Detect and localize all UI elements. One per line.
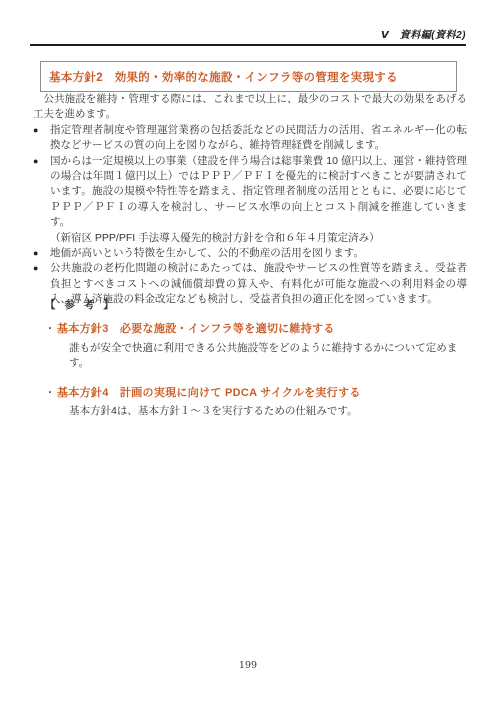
bullet-text: 指定管理者制度や管理運営業務の包括委託などの民間活力の活用、省エネルギー化の転換…	[50, 124, 467, 151]
reference-label: 【 参 考 】	[45, 298, 467, 313]
reference-description: 基本方針4は、基本方針１～３を実行するための仕組みです。	[69, 404, 467, 419]
reference-title: 基本方針3 必要な施設・インフラ等を適切に維持する	[57, 322, 335, 337]
bullet-icon: ●	[33, 123, 50, 154]
section-title-box: 基本方針2 効果的・効率的な施設・インフラ等の管理を実現する	[40, 61, 457, 92]
section-body: 公共施設を維持・管理する際には、これまで以上に、最少のコストで最大の効果をあげる…	[33, 92, 467, 308]
bullet-item: ● 地価が高いという特徴を生かして、公的不動産の活用を図ります。	[33, 246, 467, 261]
reference-bullet-icon: ・	[45, 386, 57, 401]
bullet-item: ● 指定管理者制度や管理運営業務の包括委託などの民間活力の活用、省エネルギー化の…	[33, 123, 467, 154]
bullet-text: 国からは一定規模以上の事業（建設を伴う場合は総事業費 10 億円以上、運営・維持…	[50, 155, 467, 229]
reference-title: 基本方針4 計画の実現に向けて PDCA サイクルを実行する	[57, 386, 361, 401]
bullet-item: ● 国からは一定規模以上の事業（建設を伴う場合は総事業費 10 億円以上、運営・…	[33, 154, 467, 246]
page-number: 199	[0, 660, 496, 671]
reference-item: ・ 基本方針4 計画の実現に向けて PDCA サイクルを実行する 基本方針4は、…	[33, 386, 467, 420]
header-rule	[30, 44, 466, 46]
document-page: Ⅴ 資料編(資料2) 基本方針2 効果的・効率的な施設・インフラ等の管理を実現す…	[0, 0, 496, 702]
bullet-note: （新宿区 PPP/PFI 手法導入優先的検討方針を令和６年４月策定済み）	[50, 231, 467, 246]
page-header: Ⅴ 資料編(資料2)	[30, 26, 466, 41]
bullet-text: 地価が高いという特徴を生かして、公的不動産の活用を図ります。	[50, 247, 364, 259]
reference-item: ・ 基本方針3 必要な施設・インフラ等を適切に維持する 誰もが安全で快適に利用で…	[33, 322, 467, 371]
reference-bullet-icon: ・	[45, 322, 57, 337]
bullet-icon: ●	[33, 154, 50, 246]
bullet-icon: ●	[33, 246, 50, 261]
reference-section: 【 参 考 】 ・ 基本方針3 必要な施設・インフラ等を適切に維持する 誰もが安…	[33, 298, 467, 419]
reference-description: 誰もが安全で快適に利用できる公共施設等をどのように維持するかについて定めます。	[69, 341, 467, 372]
intro-paragraph: 公共施設を維持・管理する際には、これまで以上に、最少のコストで最大の効果をあげる…	[33, 92, 467, 123]
section-title: 基本方針2 効果的・効率的な施設・インフラ等の管理を実現する	[49, 72, 398, 84]
